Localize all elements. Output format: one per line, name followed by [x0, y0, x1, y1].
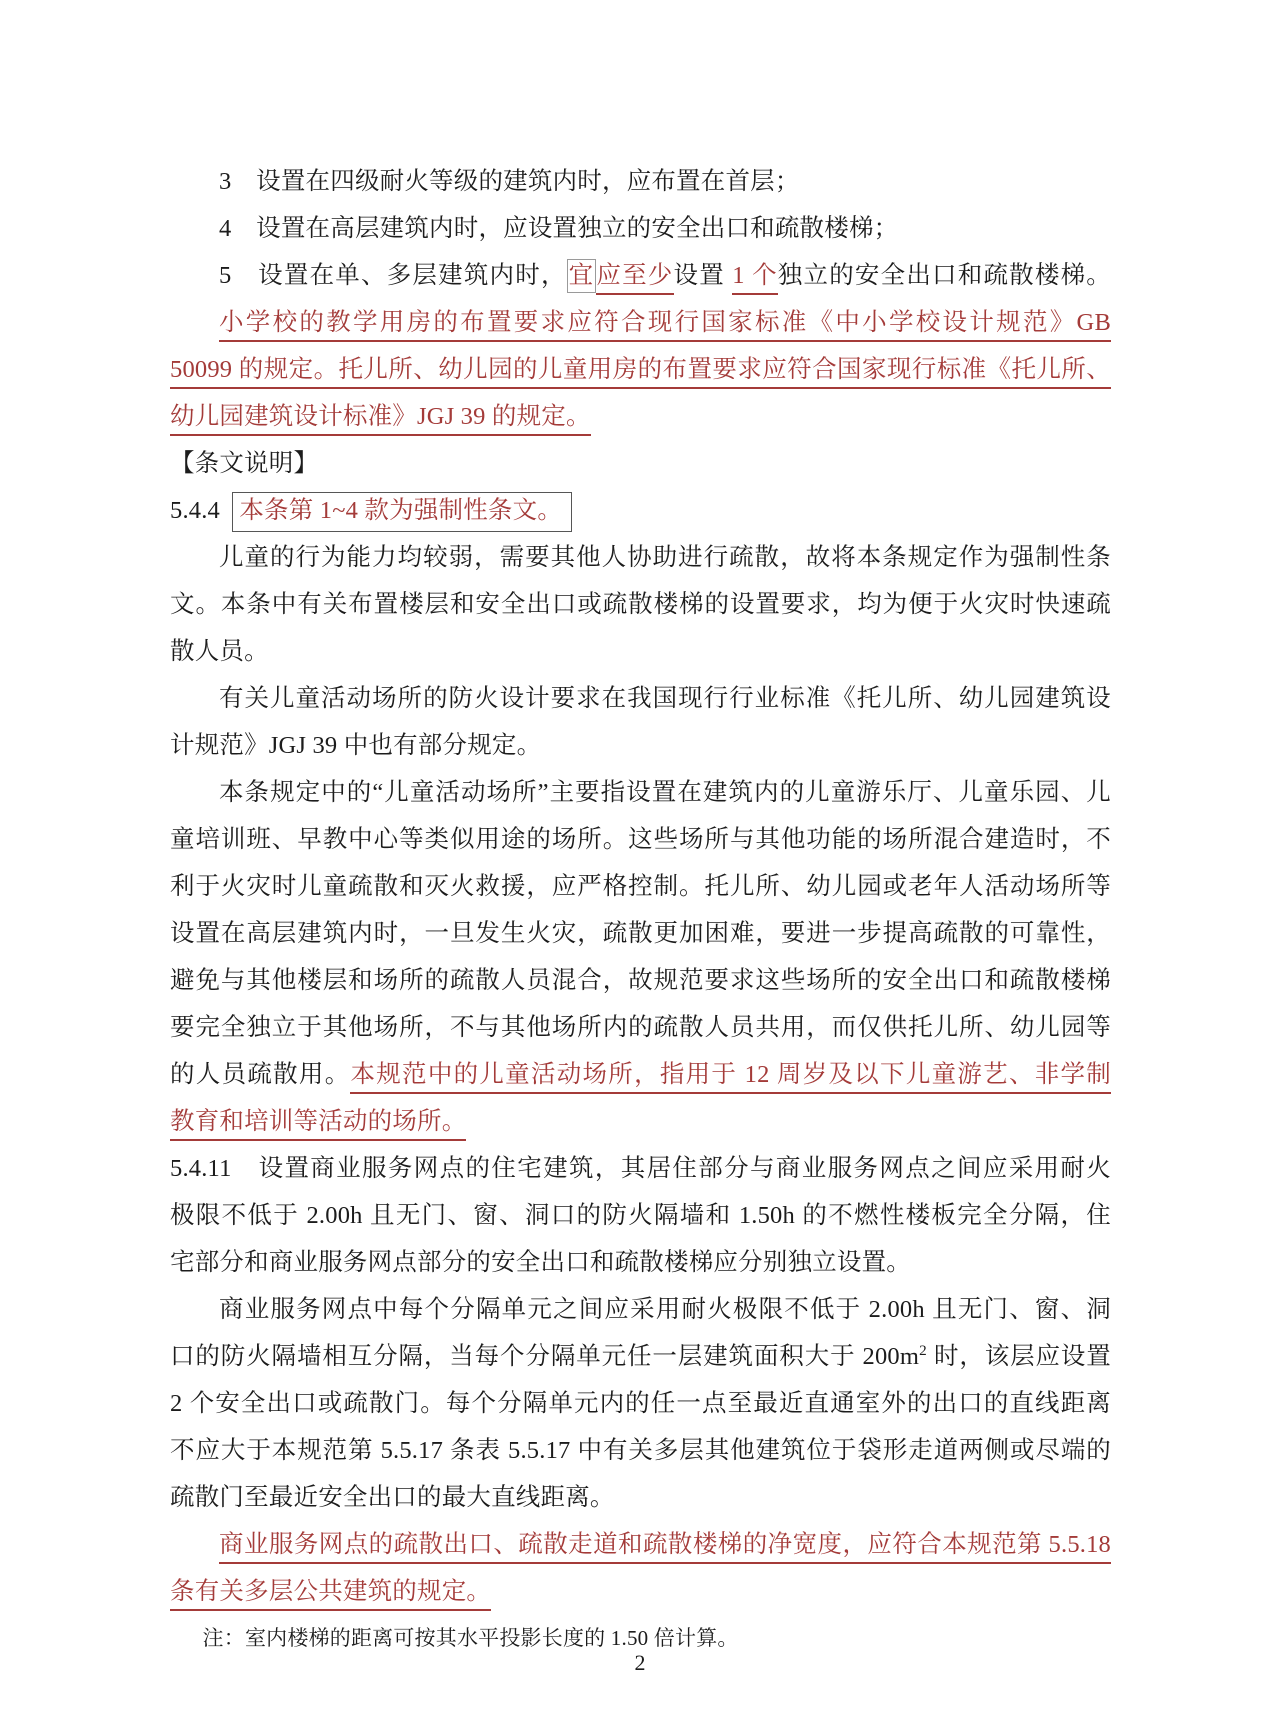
body-line: 文。本条中有关布置楼层和安全出口或疏散楼梯的设置要求，均为便于火灾时快速疏	[170, 581, 1111, 628]
revision-paragraph-line: 小学校的教学用房的布置要求应符合现行国家标准《中小学校设计规范》GB	[170, 299, 1111, 346]
text-segment: 3 设置在四级耐火等级的建筑内时，应布置在首层；	[219, 168, 800, 195]
section-heading: 【条文说明】	[170, 440, 1111, 487]
text-segment: 散人员。	[170, 638, 269, 665]
text-segment: 独立的安全出口和疏散楼梯。	[778, 262, 1111, 289]
text-segment: 儿童的行为能力均较弱，需要其他人协助进行疏散，故将本条规定作为强制性条	[219, 544, 1111, 571]
text-segment: 疏散门至最近安全出口的最大直线距离。	[170, 1484, 615, 1511]
text-segment: 计规范》JGJ 39 中也有部分规定。	[170, 732, 541, 759]
body-line: 设置在高层建筑内时，一旦发生火灾，疏散更加困难，要进一步提高疏散的可靠性，	[170, 910, 1111, 957]
text-segment: 设置在高层建筑内时，一旦发生火灾，疏散更加困难，要进一步提高疏散的可靠性，	[170, 920, 1111, 947]
text-segment: 商业服务网点中每个分隔单元之间应采用耐火极限不低于 2.00h 且无门、窗、洞	[219, 1296, 1111, 1323]
text-segment: 童培训班、早教中心等类似用途的场所。这些场所与其他功能的场所混合建造时，不	[170, 826, 1111, 853]
clause-item-4: 4 设置在高层建筑内时，应设置独立的安全出口和疏散楼梯；	[170, 205, 1111, 252]
text-segment: 利于火灾时儿童疏散和灭火救援，应严格控制。托儿所、幼儿园或老年人活动场所等	[170, 873, 1111, 900]
body-line: 有关儿童活动场所的防火设计要求在我国现行行业标准《托儿所、幼儿园建筑设	[170, 675, 1111, 722]
clause-number: 5.4.4	[170, 497, 226, 524]
body-line: 利于火灾时儿童疏散和灭火救援，应严格控制。托儿所、幼儿园或老年人活动场所等	[170, 863, 1111, 910]
body-line: 宅部分和商业服务网点部分的安全出口和疏散楼梯应分别独立设置。	[170, 1239, 1111, 1286]
document-body: 3 设置在四级耐火等级的建筑内时，应布置在首层；4 设置在高层建筑内时，应设置独…	[170, 158, 1111, 1662]
inserted-text: 幼儿园建筑设计标准》JGJ 39 的规定。	[170, 403, 591, 436]
text-segment: 的人员疏散用。	[170, 1061, 350, 1088]
text-segment: 5 设置在单、多层建筑内时，	[219, 262, 567, 289]
inserted-text: 本规范中的儿童活动场所，指用于 12 周岁及以下儿童游艺、非学制	[350, 1061, 1111, 1094]
body-line: 疏散门至最近安全出口的最大直线距离。	[170, 1474, 1111, 1521]
body-line: 不应大于本规范第 5.5.17 条表 5.5.17 中有关多层其他建筑位于袋形走…	[170, 1427, 1111, 1474]
body-line: 要完全独立于其他场所，不与其他场所内的疏散人员共用，而仅供托儿所、幼儿园等	[170, 1004, 1111, 1051]
text-segment: 注：室内楼梯的距离可按其水平投影长度的 1.50 倍计算。	[203, 1626, 739, 1650]
body-line: 计规范》JGJ 39 中也有部分规定。	[170, 722, 1111, 769]
text-segment: 避免与其他楼层和场所的疏散人员混合，故规范要求这些场所的安全出口和疏散楼梯	[170, 967, 1111, 994]
body-line: 散人员。	[170, 628, 1111, 675]
text-segment: 要完全独立于其他场所，不与其他场所内的疏散人员共用，而仅供托儿所、幼儿园等	[170, 1014, 1111, 1041]
body-line: 口的防火隔墙相互分隔，当每个分隔单元任一层建筑面积大于 200m2 时，该层应设…	[170, 1333, 1111, 1380]
text-segment: 本条规定中的“儿童活动场所”主要指设置在建筑内的儿童游乐厅、儿童乐园、儿	[219, 779, 1111, 806]
inserted-text: 条有关多层公共建筑的规定。	[170, 1578, 491, 1611]
inserted-text: 商业服务网点的疏散出口、疏散走道和疏散楼梯的净宽度，应符合本规范第 5.5.18	[219, 1531, 1111, 1564]
body-line: 商业服务网点中每个分隔单元之间应采用耐火极限不低于 2.00h 且无门、窗、洞	[170, 1286, 1111, 1333]
body-line: 童培训班、早教中心等类似用途的场所。这些场所与其他功能的场所混合建造时，不	[170, 816, 1111, 863]
inserted-text: 教育和培训等活动的场所。	[170, 1108, 466, 1141]
body-line: 避免与其他楼层和场所的疏散人员混合，故规范要求这些场所的安全出口和疏散楼梯	[170, 957, 1111, 1004]
revision-paragraph-line: 50099 的规定。托儿所、幼儿园的儿童用房的布置要求应符合国家现行标准《托儿所…	[170, 346, 1111, 393]
body-line: 的人员疏散用。本规范中的儿童活动场所，指用于 12 周岁及以下儿童游艺、非学制	[170, 1051, 1111, 1098]
body-line: 儿童的行为能力均较弱，需要其他人协助进行疏散，故将本条规定作为强制性条	[170, 534, 1111, 581]
text-segment: 宅部分和商业服务网点部分的安全出口和疏散楼梯应分别独立设置。	[170, 1249, 911, 1276]
text-segment: 设置	[674, 262, 733, 289]
inserted-text: 小学校的教学用房的布置要求应符合现行国家标准《中小学校设计规范》GB	[219, 309, 1111, 342]
text-segment: 文。本条中有关布置楼层和安全出口或疏散楼梯的设置要求，均为便于火灾时快速疏	[170, 591, 1111, 618]
revision-paragraph-line: 条有关多层公共建筑的规定。	[170, 1568, 1111, 1615]
text-segment: 2 个安全出口或疏散门。每个分隔单元内的任一点至最近直通室外的出口的直线距离	[170, 1390, 1111, 1417]
text-segment: 4 设置在高层建筑内时，应设置独立的安全出口和疏散楼梯；	[219, 215, 898, 242]
revision-paragraph-line: 教育和培训等活动的场所。	[170, 1098, 1111, 1145]
clause-5-4-11: 5.4.11 设置商业服务网点的住宅建筑，其居住部分与商业服务网点之间应采用耐火	[170, 1145, 1111, 1192]
text-segment: 不应大于本规范第 5.5.17 条表 5.5.17 中有关多层其他建筑位于袋形走…	[170, 1437, 1111, 1464]
text-segment: 极限不低于 2.00h 且无门、窗、洞口的防火隔墙和 1.50h 的不燃性楼板完…	[170, 1202, 1111, 1229]
text-segment: 有关儿童活动场所的防火设计要求在我国现行行业标准《托儿所、幼儿园建筑设	[219, 685, 1111, 712]
clause-item-3: 3 设置在四级耐火等级的建筑内时，应布置在首层；	[170, 158, 1111, 205]
text-segment: 时，该层应设置	[927, 1343, 1111, 1370]
heading-text: 【条文说明】	[170, 450, 318, 477]
mandatory-clause-box: 本条第 1~4 款为强制性条文。	[232, 492, 572, 532]
inserted-text: 1 个	[732, 262, 778, 295]
body-line: 本条规定中的“儿童活动场所”主要指设置在建筑内的儿童游乐厅、儿童乐园、儿	[170, 769, 1111, 816]
superscript: 2	[919, 1342, 927, 1359]
inserted-text: 50099 的规定。托儿所、幼儿园的儿童用房的布置要求应符合国家现行标准《托儿所…	[170, 356, 1111, 389]
text-segment: 口的防火隔墙相互分隔，当每个分隔单元任一层建筑面积大于 200m	[170, 1343, 919, 1370]
clause-5-4-4: 5.4.4 本条第 1~4 款为强制性条文。	[170, 487, 1111, 534]
text-segment: 5.4.11 设置商业服务网点的住宅建筑，其居住部分与商业服务网点之间应采用耐火	[170, 1155, 1111, 1182]
revision-paragraph-line: 商业服务网点的疏散出口、疏散走道和疏散楼梯的净宽度，应符合本规范第 5.5.18	[170, 1521, 1111, 1568]
deleted-text-box: 宜	[567, 259, 597, 293]
clause-item-5: 5 设置在单、多层建筑内时，宜应至少设置 1 个独立的安全出口和疏散楼梯。	[170, 252, 1111, 299]
inserted-text: 应至少	[596, 262, 673, 295]
document-page: 3 设置在四级耐火等级的建筑内时，应布置在首层；4 设置在高层建筑内时，应设置独…	[0, 0, 1280, 1728]
body-line: 极限不低于 2.00h 且无门、窗、洞口的防火隔墙和 1.50h 的不燃性楼板完…	[170, 1192, 1111, 1239]
revision-paragraph-line: 幼儿园建筑设计标准》JGJ 39 的规定。	[170, 393, 1111, 440]
body-line: 2 个安全出口或疏散门。每个分隔单元内的任一点至最近直通室外的出口的直线距离	[170, 1380, 1111, 1427]
page-number: 2	[0, 1648, 1280, 1678]
